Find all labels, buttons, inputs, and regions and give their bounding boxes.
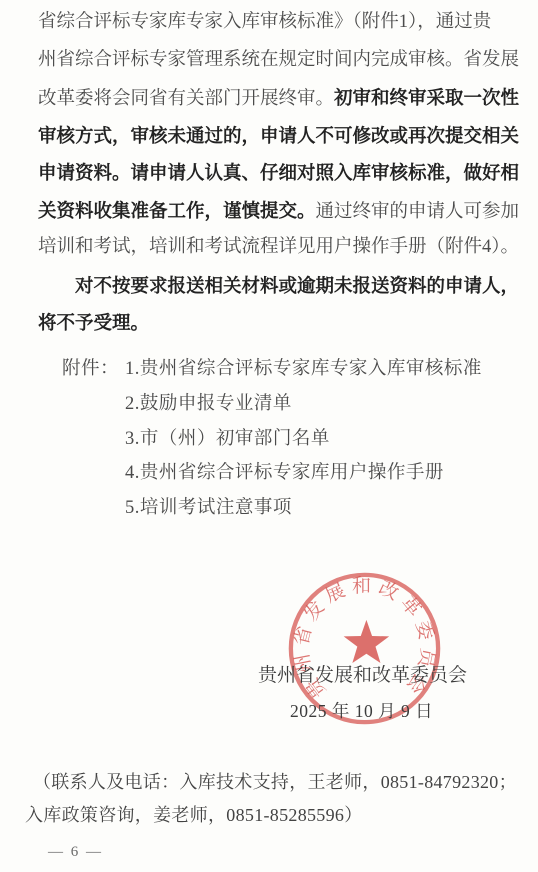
body-segment-bold: 初审和终审采取一次性 <box>334 87 519 108</box>
body-line: 审核方式，审核未通过的，申请人不可修改或再次提交相关 <box>38 117 520 155</box>
body-line: 省综合评标专家库专家入库审核标准》（附件1），通过贵 <box>38 4 520 42</box>
body-segment: 州省综合评标专家管理系统在规定时间内完成审核。省发展 <box>38 50 519 70</box>
signature-org: 贵州省发展和改革委员会 <box>258 664 467 688</box>
attachments-label: 附件： <box>62 352 119 387</box>
body-line: 培训和考试，培训和考试流程详见用户操作手册（附件4）。 <box>38 229 520 267</box>
signature-date: 2025 年 10 月 9 日 <box>290 699 433 723</box>
body-segment: 通过终审的申请人可参加 <box>316 202 520 222</box>
body-segment: 省综合评标专家库专家入库审核标准》（附件1），通过贵 <box>38 12 491 32</box>
attachment-item: 4.贵州省综合评标专家库用户操作手册 <box>125 456 525 491</box>
body-line: 改革委将会同省有关部门开展终审。初审和终审采取一次性 <box>38 79 520 117</box>
attachment-item: 5.培训考试注意事项 <box>125 491 525 526</box>
document-page: 省综合评标专家库专家入库审核标准》（附件1），通过贵州省综合评标专家管理系统在规… <box>0 0 538 872</box>
body-line: 州省综合评标专家管理系统在规定时间内完成审核。省发展 <box>38 42 520 80</box>
page-number: — 6 — <box>48 842 103 862</box>
body-segment-bold: 将不予受理。 <box>38 312 149 333</box>
attachments-list: 1.贵州省综合评标专家库专家入库审核标准2.鼓励申报专业清单3.市（州）初审部门… <box>125 352 525 526</box>
body-segment: 改革委将会同省有关部门开展终审。 <box>38 89 334 109</box>
body-line: 将不予受理。 <box>38 304 520 342</box>
body-text: 省综合评标专家库专家入库审核标准》（附件1），通过贵州省综合评标专家管理系统在规… <box>38 4 520 342</box>
body-line: 关资料收集准备工作，谨慎提交。通过终审的申请人可参加 <box>38 192 520 230</box>
contact-block: （联系人及电话：入库技术支持，王老师，0851-84792320； 入库政策咨询… <box>25 766 525 831</box>
contact-line-2: 入库政策咨询，姜老师，0851-85285596） <box>25 799 525 832</box>
body-segment-bold: 对不按要求报送相关材料或逾期未报送资料的申请人， <box>75 275 519 296</box>
body-segment-bold: 关资料收集准备工作，谨慎提交。 <box>38 200 316 221</box>
attachment-item: 3.市（州）初审部门名单 <box>125 422 525 457</box>
seal-star-icon <box>344 620 390 663</box>
attachment-item: 2.鼓励申报专业清单 <box>125 387 525 422</box>
body-segment: 培训和考试，培训和考试流程详见用户操作手册（附件4）。 <box>38 237 519 257</box>
body-segment-bold: 申请资料。请申请人认真、仔细对照入库审核标准，做好相 <box>38 162 519 183</box>
body-segment-bold: 审核方式，审核未通过的，申请人不可修改或再次提交相关 <box>38 125 519 146</box>
contact-line-1: （联系人及电话：入库技术支持，王老师，0851-84792320； <box>25 766 525 799</box>
body-line: 对不按要求报送相关材料或逾期未报送资料的申请人， <box>38 267 520 305</box>
body-line: 申请资料。请申请人认真、仔细对照入库审核标准，做好相 <box>38 154 520 192</box>
attachment-item: 1.贵州省综合评标专家库专家入库审核标准 <box>125 352 525 387</box>
